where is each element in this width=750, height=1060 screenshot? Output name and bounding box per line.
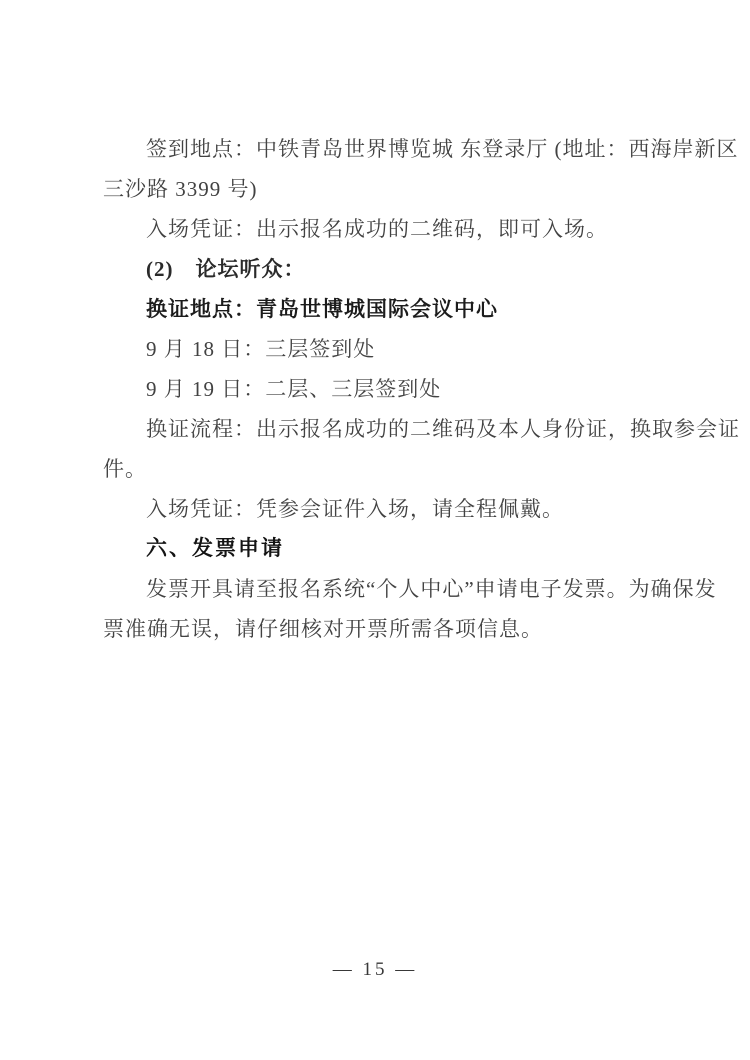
text-line: (2) 论坛听众：	[103, 249, 663, 289]
text-line: 入场凭证：出示报名成功的二维码，即可入场。	[103, 209, 663, 249]
text-line: 9 月 18 日：三层签到处	[103, 329, 663, 369]
text-line: 9 月 19 日：二层、三层签到处	[103, 369, 663, 409]
page-number: — 15 —	[0, 955, 750, 985]
text-line: 件。	[103, 449, 663, 489]
text-line: 签到地点：中铁青岛世界博览城 东登录厅 (地址：西海岸新区	[103, 129, 663, 169]
section-heading: 六、发票申请	[103, 529, 663, 569]
document-body: 签到地点：中铁青岛世界博览城 东登录厅 (地址：西海岸新区三沙路 3399 号)…	[103, 129, 663, 649]
text-line: 换证地点：青岛世博城国际会议中心	[103, 289, 663, 329]
text-line: 三沙路 3399 号)	[103, 169, 663, 209]
text-line: 发票开具请至报名系统“个人中心”申请电子发票。为确保发	[103, 569, 663, 609]
document-page: 签到地点：中铁青岛世界博览城 东登录厅 (地址：西海岸新区三沙路 3399 号)…	[0, 0, 750, 1060]
text-line: 票准确无误，请仔细核对开票所需各项信息。	[103, 609, 663, 649]
text-line: 换证流程：出示报名成功的二维码及本人身份证，换取参会证	[103, 409, 663, 449]
text-line: 入场凭证：凭参会证件入场，请全程佩戴。	[103, 489, 663, 529]
